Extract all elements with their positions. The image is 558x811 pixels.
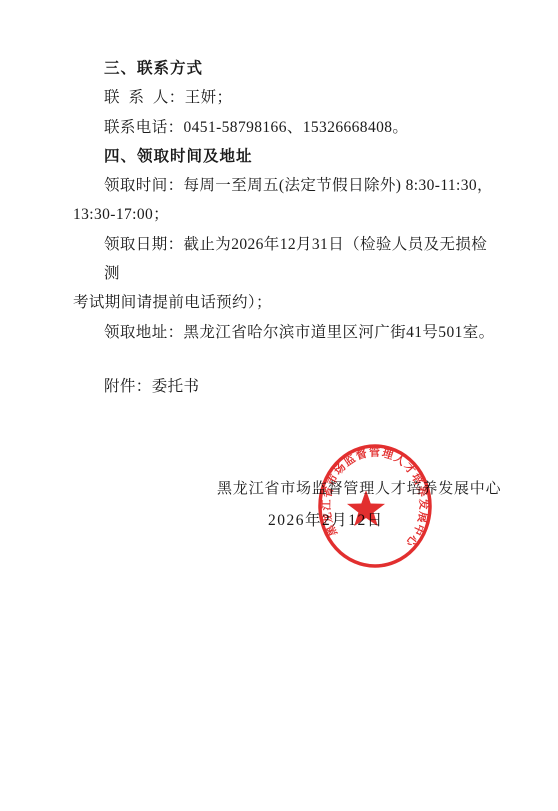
pickup-address-line: 领取地址：黑龙江省哈尔滨市道里区河广街41号501室。 — [73, 318, 503, 347]
attachment-line: 附件：委托书 — [73, 372, 503, 401]
contact-person-line: 联 系 人：王妍； — [73, 83, 503, 112]
pickup-time-line-1: 领取时间：每周一至周五(法定节假日除外) 8:30-11:30， — [73, 171, 503, 200]
official-seal: 黑龙江省市场监督管理人才培养发展中心 — [300, 431, 450, 581]
section-heading-pickup: 四、领取时间及地址 — [73, 142, 503, 171]
pickup-date-line-2: 考试期间请提前电话预约）； — [73, 288, 503, 317]
star-icon — [347, 490, 385, 526]
pickup-time-line-2: 13:30-17:00； — [73, 200, 503, 229]
document-body: 三、联系方式 联 系 人：王妍； 联系电话：0451-58798166、1532… — [73, 54, 503, 401]
document-page: 三、联系方式 联 系 人：王妍； 联系电话：0451-58798166、1532… — [0, 0, 558, 811]
contact-phone-line: 联系电话：0451-58798166、15326668408。 — [73, 113, 503, 142]
pickup-date-line-1: 领取日期：截止为2026年12月31日（检验人员及无损检测 — [73, 230, 503, 289]
seal-ring-text-holder: 黑龙江省市场监督管理人才培养发展中心 — [319, 445, 431, 551]
section-heading-contact: 三、联系方式 — [73, 54, 503, 83]
seal-ring-text: 黑龙江省市场监督管理人才培养发展中心 — [319, 445, 431, 551]
